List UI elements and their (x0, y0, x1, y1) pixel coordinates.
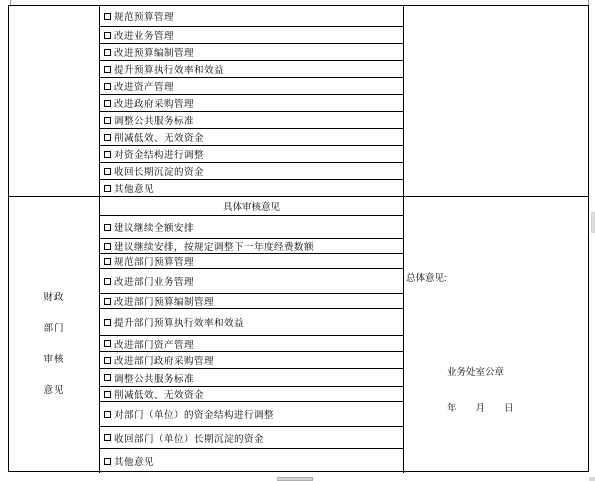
review-item-label: 建议继续安排，按规定调整下一年度经费数额 (114, 239, 314, 253)
review-item-row[interactable]: 其他意见 (100, 449, 403, 473)
review-item-label: 改进部门预算编制管理 (114, 294, 214, 308)
review-item-row[interactable]: 改进部门业务管理 (100, 269, 403, 294)
review-item-label: 提升部门预算执行效率和效益 (114, 315, 244, 329)
checkbox-icon[interactable] (104, 185, 111, 192)
specific-opinion-header-label: 具体审核意见 (223, 199, 280, 213)
checklist-item-label: 改进预算编制管理 (114, 45, 194, 59)
horizontal-scrollbar-thumb[interactable] (277, 477, 313, 481)
checkbox-icon[interactable] (104, 49, 111, 56)
checklist-item-row[interactable]: 改进业务管理 (100, 27, 403, 44)
checklist-item-row[interactable]: 改进政府采购管理 (100, 95, 403, 112)
checkbox-icon[interactable] (104, 298, 111, 305)
vertical-scrollbar-thumb[interactable] (591, 212, 595, 233)
review-item-row[interactable]: 收回部门（单位）长期沉淀的资金 (100, 427, 403, 449)
checkbox-icon[interactable] (104, 258, 111, 265)
label-line: 部门 (43, 320, 64, 334)
review-item-label: 其他意见 (114, 454, 154, 468)
review-item-label: 调整公共服务标准 (114, 371, 194, 385)
checkbox-icon[interactable] (104, 83, 111, 90)
checklist-item-row[interactable]: 对资金结构进行调整 (100, 146, 403, 163)
checklist-item-row[interactable]: 调整公共服务标准 (100, 112, 403, 129)
specific-opinion-column: 具体审核意见 建议继续全额安排 建议继续安排，按规定调整下一年度经费数额 规范部… (100, 197, 404, 473)
review-item-label: 改进部门资产管理 (114, 337, 194, 351)
checkbox-icon[interactable] (104, 243, 111, 250)
overall-opinion-cell: 总体意见: 业务处室公章 年 月 日 (404, 197, 588, 473)
checkbox-icon[interactable] (104, 411, 111, 418)
checkbox-icon[interactable] (104, 151, 111, 158)
checkbox-icon[interactable] (104, 391, 111, 398)
checklist-item-row[interactable]: 提升预算执行效率和效益 (100, 61, 403, 78)
checklist-item-row[interactable]: 规范预算管理 (100, 6, 403, 27)
checklist-item-label: 调整公共服务标准 (114, 113, 194, 127)
checklist-item-row[interactable]: 其他意见 (100, 180, 403, 196)
review-item-row[interactable]: 改进部门预算编制管理 (100, 294, 403, 309)
review-item-label: 建议继续全额安排 (114, 220, 194, 234)
checklist-item-label: 改进资产管理 (114, 79, 174, 93)
label-line: 财政 (43, 289, 64, 303)
checklist-item-label: 收回长期沉淀的资金 (114, 164, 204, 178)
review-item-label: 改进部门政府采购管理 (114, 353, 214, 367)
checklist-item-label: 改进政府采购管理 (114, 96, 194, 110)
review-item-label: 削减低效、无效资金 (114, 387, 204, 401)
date-placeholder: 年 月 日 (447, 400, 514, 414)
checklist-item-label: 规范预算管理 (114, 9, 174, 23)
checklist-item-row[interactable]: 削减低效、无效资金 (100, 129, 403, 146)
finance-department-review-label: 财政 部门 审核 意见 (9, 197, 100, 473)
overall-opinion-label: 总体意见: (406, 270, 447, 284)
label-line: 审核 (43, 351, 64, 365)
checkbox-icon[interactable] (104, 357, 111, 364)
review-item-row[interactable]: 建议继续安排，按规定调整下一年度经费数额 (100, 239, 403, 254)
specific-opinion-header: 具体审核意见 (100, 197, 403, 216)
checklist-item-row[interactable]: 收回长期沉淀的资金 (100, 163, 403, 180)
scrollbar-corner (589, 477, 595, 481)
checkbox-icon[interactable] (104, 340, 111, 347)
finance-review-block: 财政 部门 审核 意见 具体审核意见 建议继续全额安排 建议继续安排，按规定调整… (9, 197, 588, 473)
checkbox-icon[interactable] (104, 134, 111, 141)
review-item-label: 规范部门预算管理 (114, 254, 194, 268)
checklist-item-label: 其他意见 (114, 181, 154, 195)
label-line: 意见 (43, 382, 64, 396)
right-empty-cell (404, 6, 588, 196)
review-item-row[interactable]: 对部门（单位）的资金结构进行调整 (100, 402, 403, 427)
checkbox-icon[interactable] (104, 13, 111, 20)
checklist-item-label: 对资金结构进行调整 (114, 147, 204, 161)
review-item-row[interactable]: 规范部门预算管理 (100, 254, 403, 269)
review-item-label: 改进部门业务管理 (114, 274, 194, 288)
checklist-column: 规范预算管理 改进业务管理 改进预算编制管理 提升预算执行效率和效益 改进资产管… (100, 6, 404, 196)
checkbox-icon[interactable] (104, 224, 111, 231)
checklist-item-label: 削减低效、无效资金 (114, 130, 204, 144)
document-page: 规范预算管理 改进业务管理 改进预算编制管理 提升预算执行效率和效益 改进资产管… (0, 0, 595, 481)
checklist-block: 规范预算管理 改进业务管理 改进预算编制管理 提升预算执行效率和效益 改进资产管… (9, 6, 588, 197)
checkbox-icon[interactable] (104, 117, 111, 124)
review-item-label: 收回部门（单位）长期沉淀的资金 (114, 431, 264, 445)
left-empty-cell (9, 6, 100, 196)
review-item-label: 对部门（单位）的资金结构进行调整 (114, 407, 274, 421)
checkbox-icon[interactable] (104, 319, 111, 326)
checklist-item-row[interactable]: 改进资产管理 (100, 78, 403, 95)
review-item-row[interactable]: 改进部门政府采购管理 (100, 352, 403, 369)
office-seal-label: 业务处室公章 (447, 364, 504, 378)
checkbox-icon[interactable] (104, 32, 111, 39)
checklist-item-label: 改进业务管理 (114, 28, 174, 42)
checklist-item-row[interactable]: 改进预算编制管理 (100, 44, 403, 61)
checkbox-icon[interactable] (104, 374, 111, 381)
review-form-table: 规范预算管理 改进业务管理 改进预算编制管理 提升预算执行效率和效益 改进资产管… (8, 5, 589, 472)
checkbox-icon[interactable] (104, 278, 111, 285)
checkbox-icon[interactable] (104, 434, 111, 441)
review-item-row[interactable]: 削减低效、无效资金 (100, 387, 403, 402)
review-item-row[interactable]: 提升部门预算执行效率和效益 (100, 309, 403, 336)
checklist-item-label: 提升预算执行效率和效益 (114, 62, 224, 76)
review-item-row[interactable]: 改进部门资产管理 (100, 336, 403, 352)
checkbox-icon[interactable] (104, 458, 111, 465)
checkbox-icon[interactable] (104, 100, 111, 107)
review-item-row[interactable]: 调整公共服务标准 (100, 369, 403, 387)
checkbox-icon[interactable] (104, 66, 111, 73)
review-item-row[interactable]: 建议继续全额安排 (100, 216, 403, 239)
checkbox-icon[interactable] (104, 168, 111, 175)
